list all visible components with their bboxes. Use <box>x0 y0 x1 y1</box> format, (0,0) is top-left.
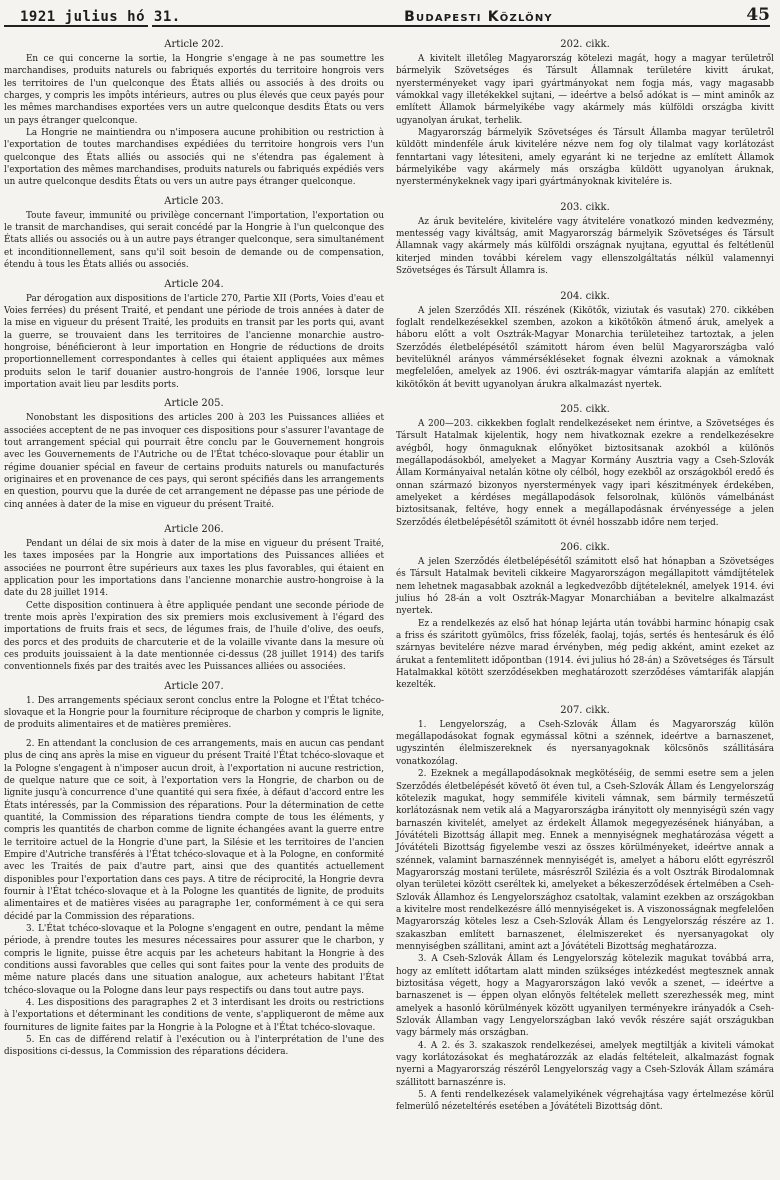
article-heading: Article 202. <box>4 38 384 51</box>
newspaper-page: 1921 julius hó 31. Budapesti Közlöny 45 … <box>0 0 780 1180</box>
article-paragraph: 5. En cas de différend relatif à l'exécu… <box>4 1034 384 1059</box>
article-paragraph: 3. A Cseh-Szlovák Állam és Lengyelország… <box>396 953 774 1039</box>
article-paragraph: 2. Ezeknek a megállapodásoknak megkötésé… <box>396 768 774 953</box>
masthead: 1921 julius hó 31. Budapesti Közlöny 45 <box>0 3 780 25</box>
header-rule-right <box>152 25 770 27</box>
article-paragraph: A jelen Szerződés XII. részének (Kikötők… <box>396 305 774 391</box>
hungarian-column: 202. cikk. A kivitelt illetőleg Magyaror… <box>396 38 774 1114</box>
article-paragraph: Cette disposition continuera à être appl… <box>4 600 384 674</box>
article-paragraph: Toute faveur, immunité ou privilège conc… <box>4 210 384 272</box>
article-paragraph: 1. Des arrangements spéciaux seront conc… <box>4 695 384 732</box>
article-paragraph: Ez a rendelkezés az első hat hónap lejár… <box>396 618 774 692</box>
article-paragraph: Magyarország bármelyik Szövetséges és Tá… <box>396 127 774 189</box>
page-number: 45 <box>746 5 770 25</box>
article-heading: Article 205. <box>4 397 384 410</box>
article-paragraph: Nonobstant les dispositions des articles… <box>4 412 384 511</box>
article-paragraph: La Hongrie ne maintiendra ou n'imposera … <box>4 127 384 189</box>
article-paragraph: En ce qui concerne la sortie, la Hongrie… <box>4 53 384 127</box>
article-heading: 203. cikk. <box>396 201 774 214</box>
article-heading: 206. cikk. <box>396 541 774 554</box>
article-heading: 207. cikk. <box>396 704 774 717</box>
article-paragraph: Pendant un délai de six mois à dater de … <box>4 538 384 600</box>
article-paragraph: A 200—203. cikkekben foglalt rendelkezés… <box>396 418 774 529</box>
article-paragraph: A jelen Szerződés életbelépésétől számit… <box>396 556 774 618</box>
issue-date: 1921 julius hó 31. <box>20 9 181 25</box>
header-rule-left <box>4 25 148 27</box>
french-column: Article 202. En ce qui concerne la sorti… <box>4 38 384 1059</box>
article-heading: Article 206. <box>4 523 384 536</box>
article-paragraph: 4. Les dispositions des paragraphes 2 et… <box>4 997 384 1034</box>
article-heading: 202. cikk. <box>396 38 774 51</box>
article-heading: 205. cikk. <box>396 403 774 416</box>
article-paragraph: A kivitelt illetőleg Magyarország kötele… <box>396 53 774 127</box>
article-paragraph: 2. En attendant la conclusion de ces arr… <box>4 738 384 923</box>
article-heading: Article 204. <box>4 278 384 291</box>
article-paragraph: 3. L'État tchéco-slovaque et la Pologne … <box>4 923 384 997</box>
article-paragraph: 5. A fenti rendelkezések valamelyikének … <box>396 1089 774 1114</box>
newspaper-title: Budapesti Közlöny <box>404 9 553 25</box>
article-heading: Article 207. <box>4 680 384 693</box>
article-paragraph: 1. Lengyelország, a Cseh-Szlovák Állam é… <box>396 719 774 768</box>
article-paragraph: Az áruk bevitelére, kivitelére vagy átvi… <box>396 216 774 278</box>
article-paragraph: 4. A 2. és 3. szakaszok rendelkezései, a… <box>396 1040 774 1089</box>
article-paragraph: Par dérogation aux dispositions de l'art… <box>4 293 384 392</box>
article-heading: Article 203. <box>4 195 384 208</box>
article-heading: 204. cikk. <box>396 290 774 303</box>
